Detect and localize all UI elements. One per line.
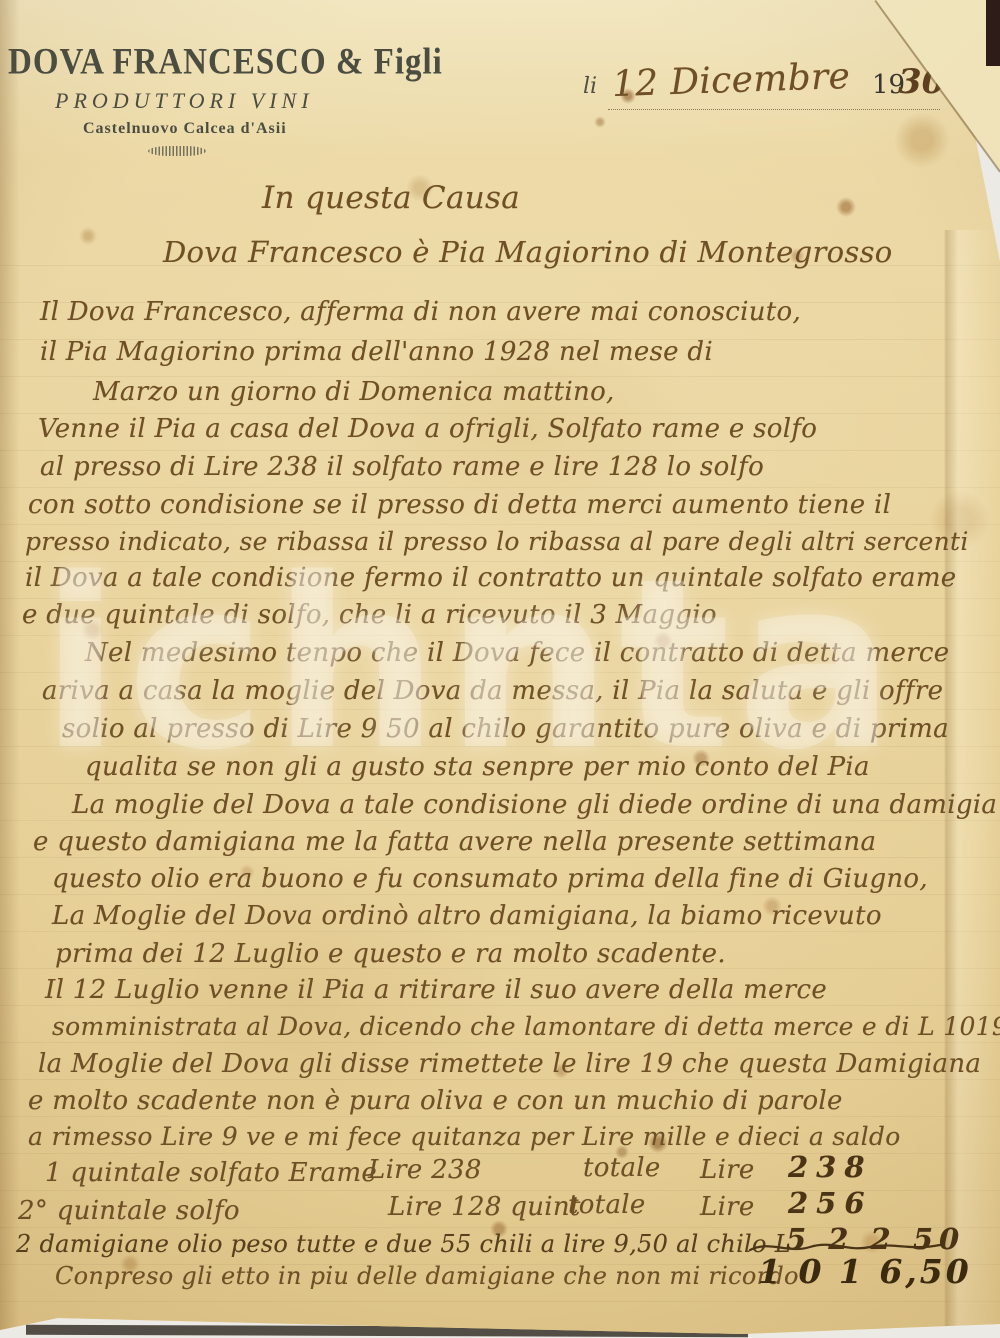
- account-row2-amount: 256: [788, 1186, 873, 1220]
- handwritten-line: a rimesso Lire 9 ve e mi fece quitanza p…: [28, 1122, 901, 1151]
- letterhead-location: Castelnuovo Calcea d'Asii: [83, 120, 287, 138]
- letterhead-subtitle: PRODUTTORI VINI: [55, 88, 314, 114]
- handwritten-line: somministrata al Dova, dicendo che lamon…: [52, 1012, 1000, 1041]
- handwritten-line: La Moglie del Dova ordinò altro damigian…: [52, 901, 882, 931]
- handwritten-line: ariva a casa la moglie del Dova da messa…: [42, 676, 943, 706]
- account-row2-price: Lire 128 quint: [388, 1192, 581, 1222]
- handwritten-line: presso indicato, se ribassa il presso lo…: [25, 527, 969, 556]
- account-row1-desc: 1 quintale solfato Erame: [45, 1158, 377, 1188]
- handwritten-line: Il 12 Luglio venne il Pia a ritirare il …: [45, 975, 827, 1005]
- handwritten-line: al presso di Lire 238 il solfato rame e …: [40, 452, 764, 482]
- account-total-amount: 1 0 1 6,50: [758, 1252, 972, 1291]
- account-row2-totale: totale: [568, 1190, 646, 1220]
- account-row1-price: Lire 238: [368, 1155, 482, 1185]
- letterhead-company: DOVA FRANCESCO & Figli: [8, 42, 443, 83]
- account-row2-lire: Lire: [700, 1192, 755, 1222]
- right-fold-crease: [944, 230, 1000, 1330]
- letter-paper: DOVA FRANCESCO & Figli PRODUTTORI VINI C…: [0, 0, 1000, 1338]
- handwritten-line: il Dova a tale condisione fermo il contr…: [25, 563, 957, 593]
- scanned-letter: DOVA FRANCESCO & Figli PRODUTTORI VINI C…: [0, 0, 1000, 1338]
- account-row1-lire: Lire: [700, 1155, 755, 1185]
- handwritten-line: solio al presso di Lire 9 50 al chilo ga…: [62, 714, 949, 744]
- date-rule: [608, 108, 940, 110]
- handwritten-line: e questo damigiana me la fatta avere nel…: [33, 827, 876, 857]
- total-overline-squiggle: [748, 1238, 943, 1254]
- handwritten-line: Nel medesimo tenpo che il Dova fece il c…: [85, 638, 949, 668]
- date-handwritten: 12 Dicembre: [611, 56, 850, 105]
- handwritten-line: e molto scadente non è pura oliva e con …: [28, 1086, 843, 1116]
- corner-shadow: [986, 0, 1000, 66]
- account-row3-desc: 2 damigiane olio peso tutte e due 55 chi…: [16, 1230, 791, 1258]
- date-prefix: li: [583, 74, 597, 99]
- handwritten-line: con sotto condisione se il presso di det…: [28, 490, 891, 520]
- account-row4-desc: Conpreso gli etto in piu delle damigiane…: [55, 1262, 799, 1290]
- handwritten-line: la Moglie del Dova gli disse rimettete l…: [38, 1049, 981, 1079]
- handwritten-line: prima dei 12 Luglio e questo e ra molto …: [55, 939, 726, 969]
- handwritten-line: e due quintale di solfo, che li a ricevu…: [22, 600, 717, 630]
- handwritten-line: Il Dova Francesco, afferma di non avere …: [40, 297, 801, 327]
- letter-subject: Dova Francesco è Pia Magiorino di Monteg…: [163, 235, 893, 269]
- letter-heading: In questa Causa: [262, 180, 520, 216]
- date-year-handwritten: 30: [898, 62, 945, 102]
- handwritten-line: questo olio era buono e fu consumato pri…: [52, 864, 928, 894]
- handwritten-line: Venne il Pia a casa del Dova a ofrigli, …: [38, 414, 817, 444]
- handwritten-line: il Pia Magiorino prima dell'anno 1928 ne…: [40, 337, 713, 367]
- account-row1-amount: 238: [788, 1150, 873, 1184]
- account-row2-desc: 2° quintale solfo: [18, 1196, 240, 1226]
- letterhead-ornament: [148, 146, 206, 156]
- handwritten-line: qualita se non gli a gusto sta senpre pe…: [85, 752, 870, 782]
- account-row1-totale: totale: [583, 1153, 661, 1183]
- handwritten-line: Marzo un giorno di Domenica mattino,: [93, 377, 615, 407]
- handwritten-line: La moglie del Dova a tale condisione gli…: [72, 790, 997, 820]
